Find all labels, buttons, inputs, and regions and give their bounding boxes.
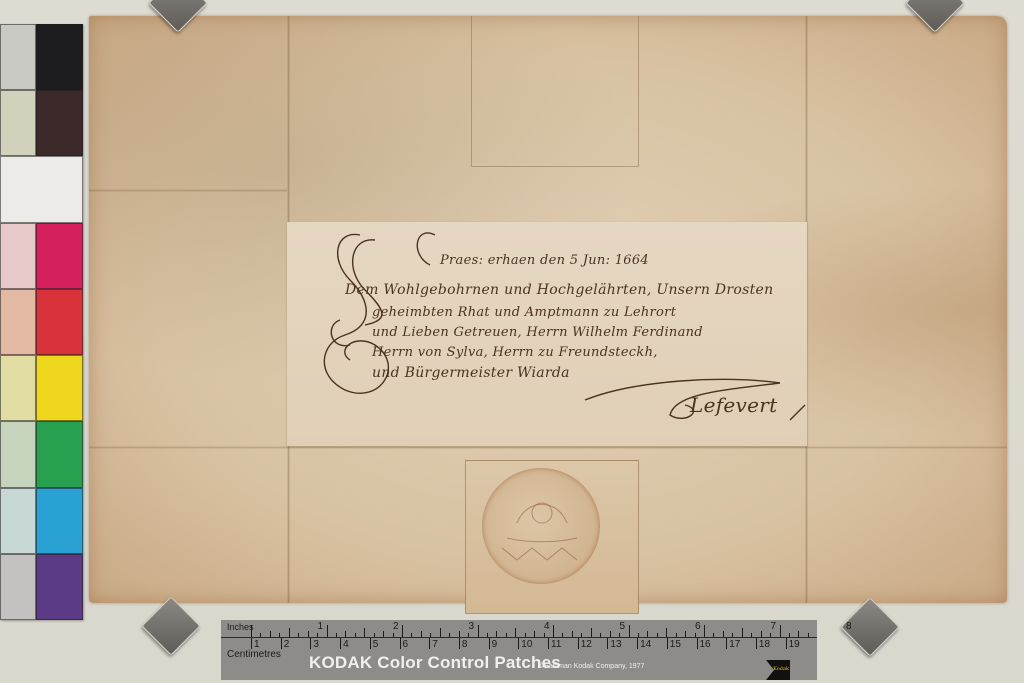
color-patch-light-gray xyxy=(0,24,36,90)
inch-tick xyxy=(279,633,280,637)
inch-tick xyxy=(270,631,271,637)
inch-tick xyxy=(421,631,422,637)
inch-tick xyxy=(562,633,563,637)
cm-tick xyxy=(518,638,519,649)
inches-label: Inches xyxy=(227,622,254,632)
address-line-3: und Lieben Getreuen, Herrn Wilhelm Ferdi… xyxy=(372,325,703,340)
centimetres-label: Centimetres xyxy=(227,649,281,660)
inch-number: 2 xyxy=(393,621,399,632)
color-patch-pale-gray-mauve xyxy=(0,554,36,620)
inch-tick xyxy=(798,631,799,637)
color-patch-dark-brown xyxy=(36,90,83,156)
color-patch-black xyxy=(36,24,83,90)
inch-tick xyxy=(534,631,535,637)
cm-tick xyxy=(281,638,282,649)
color-patch-cyan xyxy=(36,488,83,554)
inch-number: 5 xyxy=(620,621,626,632)
cm-number: 6 xyxy=(403,639,409,650)
inch-tick xyxy=(496,631,497,637)
top-flap xyxy=(471,16,639,167)
ruler-copyright: ©Eastman Kodak Company, 1977 xyxy=(539,663,644,670)
inch-tick xyxy=(789,633,790,637)
cm-tick xyxy=(310,638,311,649)
inch-tick xyxy=(742,628,743,637)
inch-tick xyxy=(402,625,403,637)
inch-tick xyxy=(289,628,290,637)
inch-tick xyxy=(374,633,375,637)
inch-tick xyxy=(657,633,658,637)
inch-tick xyxy=(544,633,545,637)
inch-tick xyxy=(355,633,356,637)
cm-tick xyxy=(340,638,341,649)
cm-tick xyxy=(251,638,252,649)
cm-tick xyxy=(637,638,638,649)
inch-number: 3 xyxy=(469,621,475,632)
inch-tick xyxy=(713,633,714,637)
inch-tick xyxy=(695,633,696,637)
address-line-2: geheimbten Rhat und Amptmann zu Lehrort xyxy=(372,305,676,320)
address-line-5: und Bürgermeister Wiarda xyxy=(372,365,570,381)
color-patch-pale-cyan xyxy=(0,488,36,554)
cm-number: 7 xyxy=(432,639,438,650)
inch-tick xyxy=(751,633,752,637)
color-patch-white xyxy=(0,156,83,222)
inch-tick xyxy=(440,628,441,637)
cm-number: 13 xyxy=(610,639,621,650)
color-patch-purple xyxy=(36,554,83,620)
inch-tick xyxy=(808,633,809,637)
date-line: Praes: erhaen den 5 Jun: 1664 xyxy=(440,253,649,268)
color-patch-pale-green xyxy=(0,421,36,487)
inch-tick xyxy=(685,631,686,637)
cm-number: 14 xyxy=(640,639,651,650)
inch-tick xyxy=(610,631,611,637)
inch-tick xyxy=(515,628,516,637)
color-patch-red xyxy=(36,289,83,355)
inch-tick xyxy=(770,633,771,637)
inch-tick xyxy=(336,633,337,637)
color-patch-yellow xyxy=(36,355,83,421)
inch-tick xyxy=(327,625,328,637)
color-patch-pale-salmon xyxy=(0,289,36,355)
cm-tick xyxy=(429,638,430,649)
inch-tick xyxy=(364,628,365,637)
color-patch-green xyxy=(36,421,83,487)
inch-tick xyxy=(298,633,299,637)
inch-tick xyxy=(251,625,252,637)
inch-number: 8 xyxy=(846,621,852,632)
address-line-4: Herrn von Sylva, Herrn zu Freundsteckh, xyxy=(372,345,658,360)
inch-tick xyxy=(525,633,526,637)
cm-tick xyxy=(726,638,727,649)
inch-tick xyxy=(478,625,479,637)
inch-tick xyxy=(430,633,431,637)
cm-tick xyxy=(578,638,579,649)
ruler-title: KODAK Color Control Patches xyxy=(309,653,561,673)
inch-tick xyxy=(761,631,762,637)
cm-number: 3 xyxy=(313,639,319,650)
cm-tick xyxy=(697,638,698,649)
cm-number: 8 xyxy=(462,639,468,650)
inch-tick xyxy=(260,633,261,637)
inch-number: 4 xyxy=(544,621,550,632)
inch-tick xyxy=(345,631,346,637)
cm-tick xyxy=(489,638,490,649)
inch-tick xyxy=(600,633,601,637)
address-line-1: Dem Wohlgebohrnen und Hochgelährten, Uns… xyxy=(345,282,773,298)
inch-tick xyxy=(732,633,733,637)
fold-line-lower xyxy=(89,446,1007,449)
cm-tick xyxy=(370,638,371,649)
cm-tick xyxy=(548,638,549,649)
cm-number: 15 xyxy=(670,639,681,650)
cm-tick xyxy=(607,638,608,649)
inch-tick xyxy=(553,625,554,637)
inch-tick xyxy=(723,631,724,637)
cm-tick xyxy=(459,638,460,649)
inch-tick xyxy=(780,625,781,637)
inch-tick xyxy=(459,631,460,637)
inch-tick xyxy=(317,633,318,637)
cm-number: 19 xyxy=(789,639,800,650)
signature: Lefevert xyxy=(690,393,778,417)
inch-tick xyxy=(572,631,573,637)
inch-tick xyxy=(581,633,582,637)
inch-tick xyxy=(704,625,705,637)
inch-tick xyxy=(383,631,384,637)
kodak-ruler: Inches Centimetres KODAK Color Control P… xyxy=(221,620,817,680)
color-control-chart xyxy=(0,24,83,620)
cm-number: 17 xyxy=(729,639,740,650)
inch-tick xyxy=(308,631,309,637)
kodak-logo-text: Kodak xyxy=(773,666,789,672)
cm-number: 9 xyxy=(492,639,498,650)
color-patch-magenta xyxy=(36,223,83,289)
inch-tick xyxy=(468,633,469,637)
kodak-logo-icon: Kodak xyxy=(766,660,790,680)
seal-emblem-icon xyxy=(482,468,600,584)
cm-number: 11 xyxy=(551,639,561,650)
cm-number: 18 xyxy=(759,639,770,650)
inch-tick xyxy=(487,633,488,637)
inch-tick xyxy=(393,633,394,637)
inch-tick xyxy=(666,628,667,637)
color-patch-pale-pink xyxy=(0,223,36,289)
color-patch-pale-yellow-gray xyxy=(0,90,36,156)
inch-tick xyxy=(449,633,450,637)
cm-tick xyxy=(400,638,401,649)
cm-tick xyxy=(667,638,668,649)
inch-tick xyxy=(647,631,648,637)
fold-line-upper xyxy=(89,189,287,192)
cm-tick xyxy=(756,638,757,649)
inch-tick xyxy=(629,625,630,637)
cm-tick xyxy=(786,638,787,649)
inch-tick xyxy=(506,633,507,637)
inch-number: 6 xyxy=(695,621,701,632)
inch-tick xyxy=(591,628,592,637)
cm-number: 2 xyxy=(284,639,290,650)
cm-number: 12 xyxy=(581,639,592,650)
paper-seal xyxy=(482,468,600,584)
cm-number: 1 xyxy=(254,639,260,650)
inch-tick xyxy=(619,633,620,637)
inch-tick xyxy=(676,633,677,637)
inch-tick xyxy=(411,633,412,637)
inch-number: 7 xyxy=(771,621,777,632)
color-patch-pale-yellow xyxy=(0,355,36,421)
cm-number: 5 xyxy=(373,639,379,650)
cm-number: 16 xyxy=(700,639,711,650)
inch-number: 1 xyxy=(318,621,324,632)
cm-number: 10 xyxy=(521,639,532,650)
inch-tick xyxy=(638,633,639,637)
cm-number: 4 xyxy=(343,639,349,650)
